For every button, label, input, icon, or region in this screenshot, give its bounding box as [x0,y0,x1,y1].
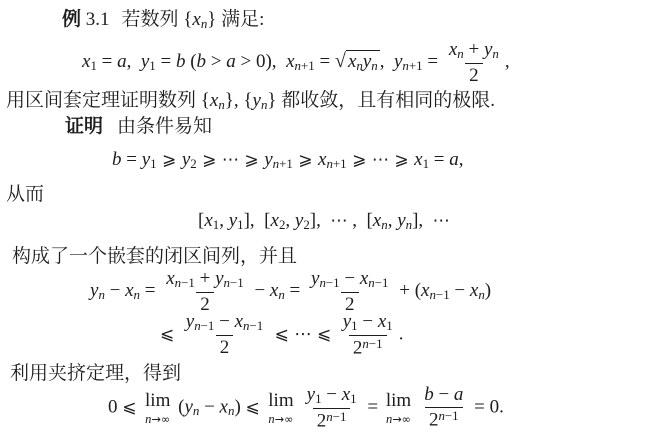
limit-conclusion-formula: 0 ⩽ limn→∞ (yn − xn) ⩽ limn→∞y1 − x12n−1… [108,384,504,432]
nested-intervals-text: 构成了一个嵌套的闭区间列，并且 [12,244,297,269]
thus-text: 从而 [6,182,44,207]
example-heading: 例 3.1若数列 {xn} 满足: [62,7,264,32]
nested-intervals-formula: [x1, y1], [x2, y2], ⋯ , [xn, yn], ⋯ [198,208,450,233]
monotone-chain-formula: b = y1 ⩾ y2 ⩾ ⋯ ⩾ yn+1 ⩾ xn+1 ⩾ ⋯ ⩾ x1 =… [112,147,463,172]
initial-conditions-formula: x1 = a, y1 = b (b > a > 0), xn+1 = √xnyn… [82,39,510,87]
difference-estimate-row2: ⩽ yn−1 − xn−12 ⩽ ⋯ ⩽ y1 − x12n−1. [160,311,403,359]
problem-statement: 用区间套定理证明数列 {xn}, {yn} 都收敛，且有相同的极限. [6,88,495,113]
squeeze-theorem-text: 利用夹挤定理，得到 [10,361,181,386]
difference-estimate-row1: yn − xn = xn−1 + yn−12 − xn = yn−1 − xn−… [90,268,491,316]
proof-heading: 证明由条件易知 [65,114,212,139]
textbook-page: 例 3.1若数列 {xn} 满足: x1 = a, y1 = b (b > a … [0,0,665,437]
